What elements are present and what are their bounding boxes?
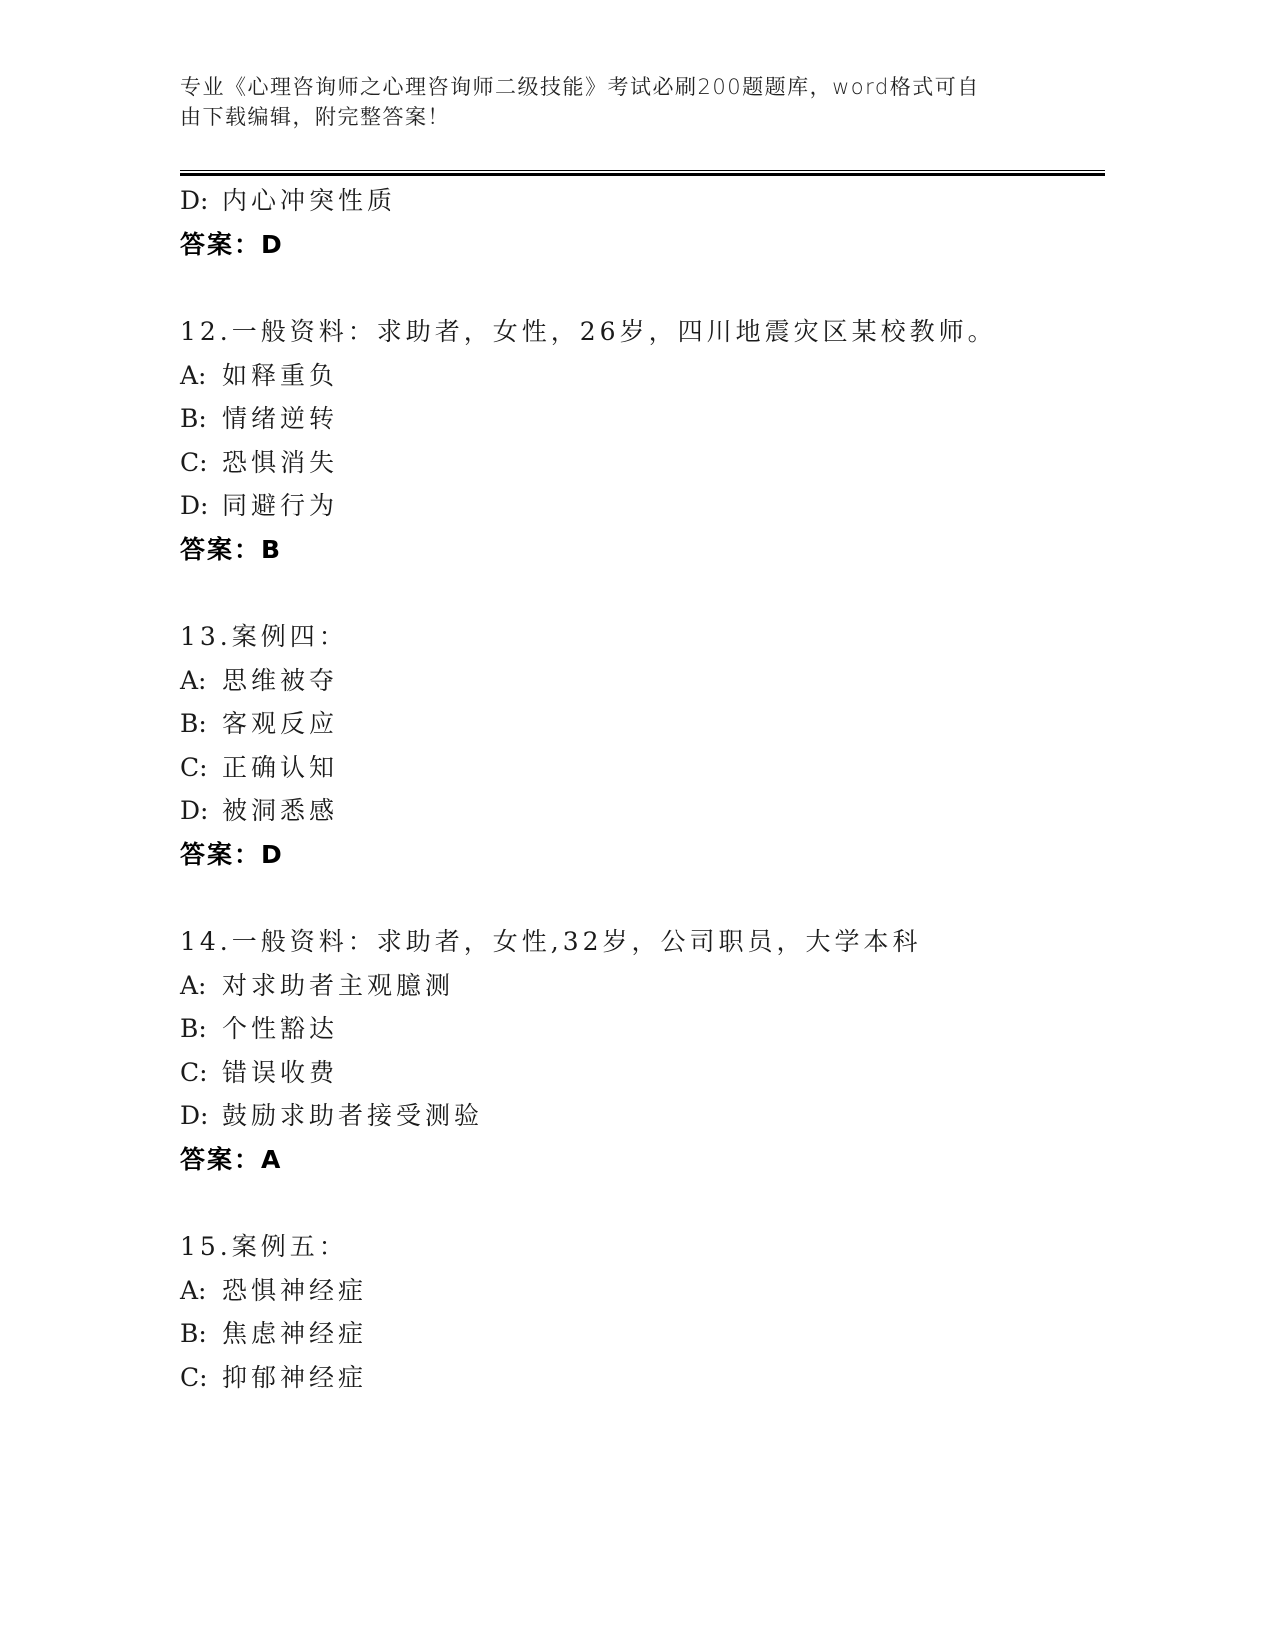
document-page: 专业《心理咨询师之心理咨询师二级技能》考试必刷200题题库，word格式可自 由… [0,0,1275,1650]
option-letter: C: [180,1362,222,1394]
option-text: 抑郁神经症 [222,1363,367,1392]
option-text: 情绪逆转 [222,404,338,433]
q15-option-c: C:抑郁神经症 [180,1362,367,1394]
option-letter: D: [180,1100,222,1132]
q13-question: 13.案例四： [180,621,348,653]
option-text: 焦虑神经症 [222,1319,367,1348]
q14-option-b: B:个性豁达 [180,1013,338,1045]
q15-option-a: A:恐惧神经症 [180,1275,367,1307]
header-line-2: 由下载编辑，附完整答案！ [180,102,1030,132]
option-letter: A: [180,1275,222,1307]
option-letter: B: [180,1013,222,1045]
q12-option-d: D:同避行为 [180,490,338,522]
option-letter: A: [180,360,222,392]
q12-option-b: B:情绪逆转 [180,403,338,435]
q13-option-a: A:思维被夺 [180,665,338,697]
header-divider [180,170,1105,177]
option-text: 鼓励求助者接受测验 [222,1101,483,1130]
option-text: 错误收费 [222,1058,338,1087]
option-letter: C: [180,752,222,784]
option-text: 同避行为 [222,491,338,520]
q11-answer: 答案：D [180,229,284,261]
option-text: 对求助者主观臆测 [222,971,454,1000]
option-letter: A: [180,970,222,1002]
divider-thick-line [180,173,1105,176]
q13-option-d: D:被洞悉感 [180,795,338,827]
option-letter: D: [180,795,222,827]
option-letter: C: [180,1057,222,1089]
option-text: 恐惧消失 [222,448,338,477]
header-line-1: 专业《心理咨询师之心理咨询师二级技能》考试必刷200题题库，word格式可自 [180,72,1030,102]
q14-question: 14.一般资料：求助者，女性,32岁，公司职员，大学本科 [180,926,922,958]
q14-answer: 答案：A [180,1144,282,1176]
option-letter: D: [180,490,222,522]
option-text: 个性豁达 [222,1014,338,1043]
q14-option-a: A:对求助者主观臆测 [180,970,454,1002]
option-text: 内心冲突性质 [222,186,396,215]
option-letter: D: [180,185,222,217]
q13-option-b: B:客观反应 [180,708,338,740]
option-text: 如释重负 [222,361,338,390]
option-text: 正确认知 [222,753,338,782]
option-letter: B: [180,1318,222,1350]
q12-option-c: C:恐惧消失 [180,447,338,479]
option-text: 恐惧神经症 [222,1276,367,1305]
option-letter: A: [180,665,222,697]
option-letter: B: [180,708,222,740]
q12-question: 12.一般资料：求助者，女性，26岁，四川地震灾区某校教师。 [180,316,997,348]
q14-option-d: D:鼓励求助者接受测验 [180,1100,483,1132]
q15-option-b: B:焦虑神经症 [180,1318,367,1350]
q11-option-d: D:内心冲突性质 [180,185,396,217]
q14-option-c: C:错误收费 [180,1057,338,1089]
divider-thin-line [180,170,1105,171]
q12-answer: 答案：B [180,534,282,566]
option-letter: C: [180,447,222,479]
option-letter: B: [180,403,222,435]
option-text: 被洞悉感 [222,796,338,825]
q12-option-a: A:如释重负 [180,360,338,392]
q15-question: 15.案例五： [180,1231,348,1263]
document-header: 专业《心理咨询师之心理咨询师二级技能》考试必刷200题题库，word格式可自 由… [180,72,1030,132]
option-text: 思维被夺 [222,666,338,695]
q13-answer: 答案：D [180,839,284,871]
option-text: 客观反应 [222,709,338,738]
q13-option-c: C:正确认知 [180,752,338,784]
